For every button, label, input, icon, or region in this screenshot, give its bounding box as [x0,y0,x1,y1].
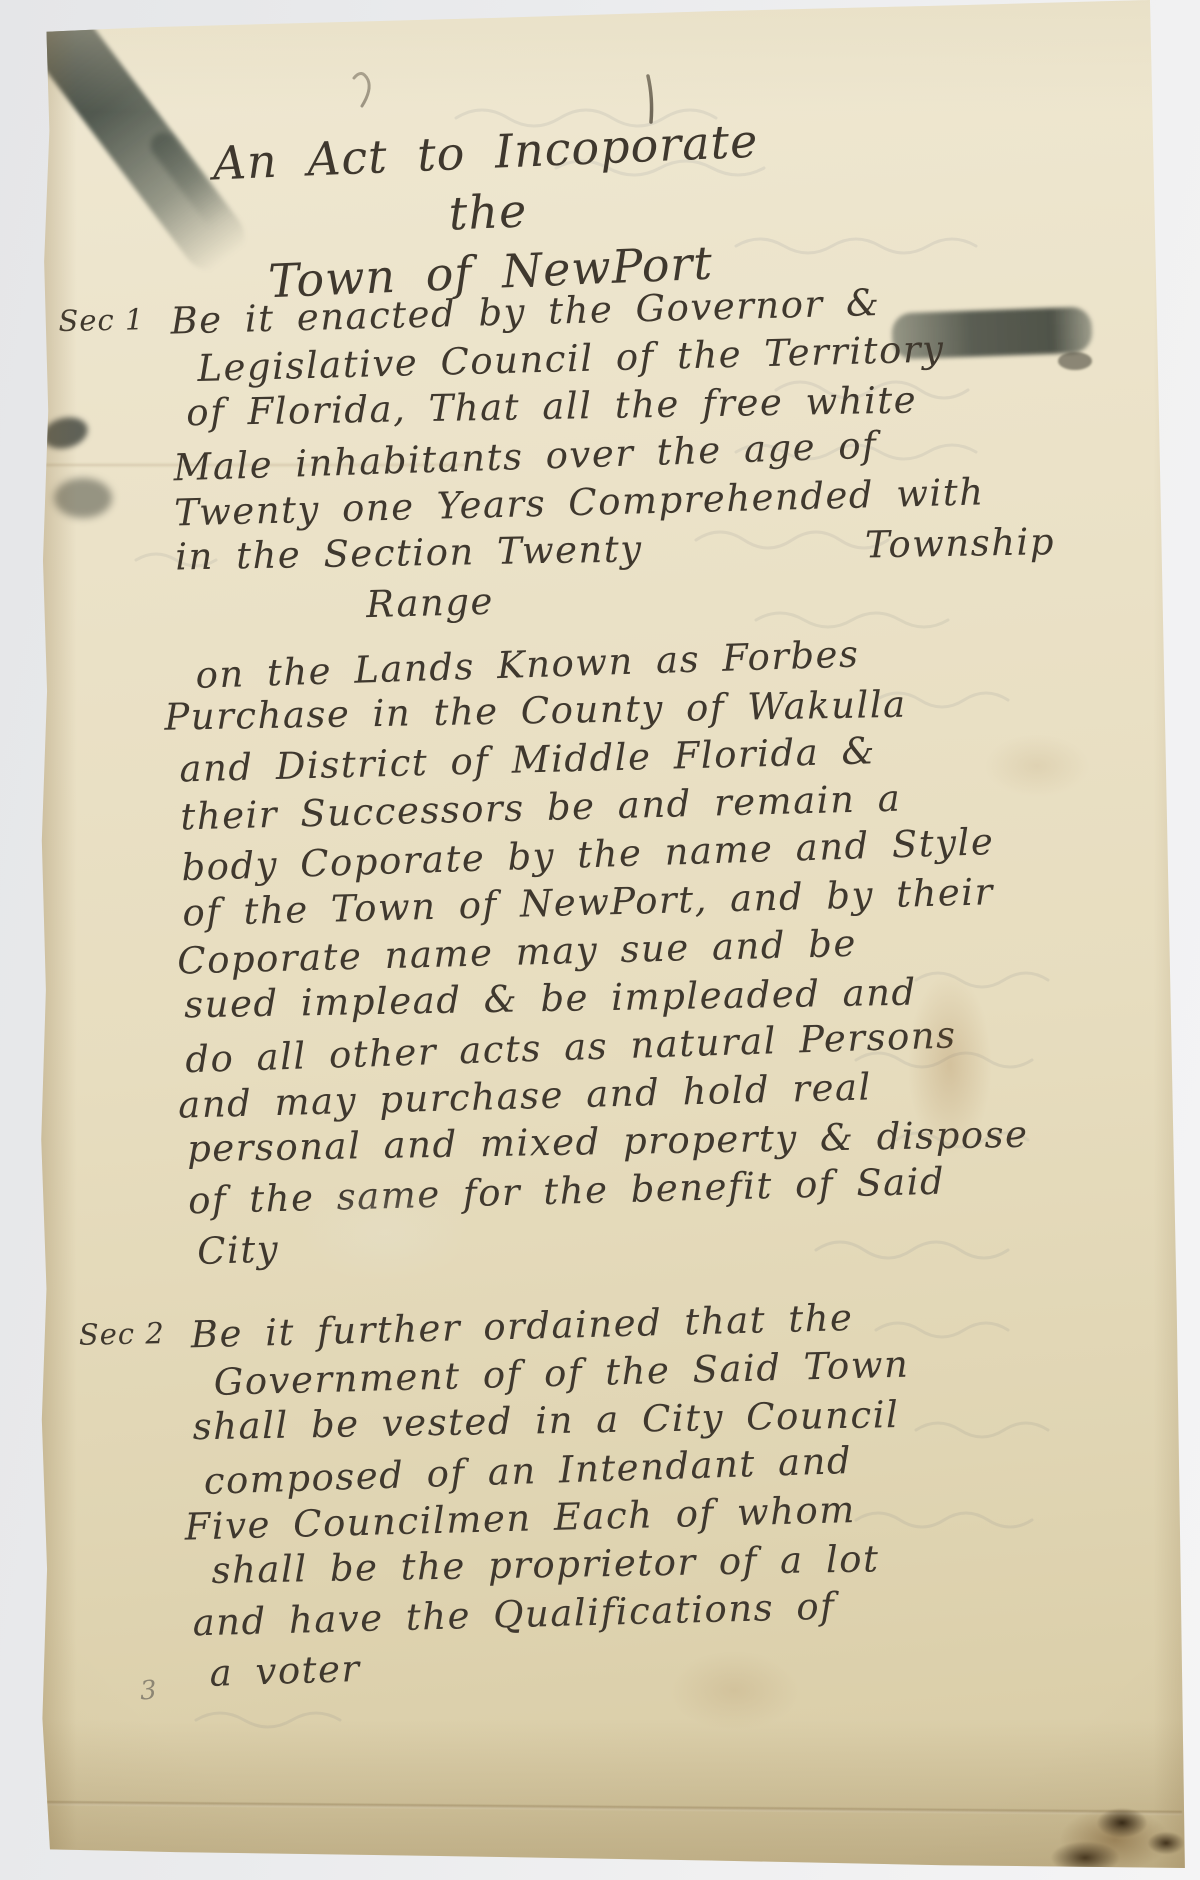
pen-mark [354,73,652,122]
section-lines: Be it enacted by the Governor &Legislati… [170,277,1117,1271]
sections: Sec 1Be it enacted by the Governor &Legi… [58,277,1126,1696]
manuscript-page: An Act to Incoporate theTown of NewPort … [36,0,1200,1868]
margin-mark: 3 [139,1675,158,1706]
section-label: Sec 1 [58,296,171,338]
fold-crease-bottom [42,1801,1182,1815]
scan-background: An Act to Incoporate theTown of NewPort … [0,0,1200,1880]
section: Sec 1Be it enacted by the Governor &Legi… [58,277,1117,1274]
section-lines: Be it further ordained that theGovernmen… [190,1291,1126,1694]
burn-mark-bottom-right [1008,1786,1192,1878]
section: Sec 2Be it further ordained that theGove… [78,1291,1125,1696]
section-label: Sec 2 [78,1310,191,1352]
